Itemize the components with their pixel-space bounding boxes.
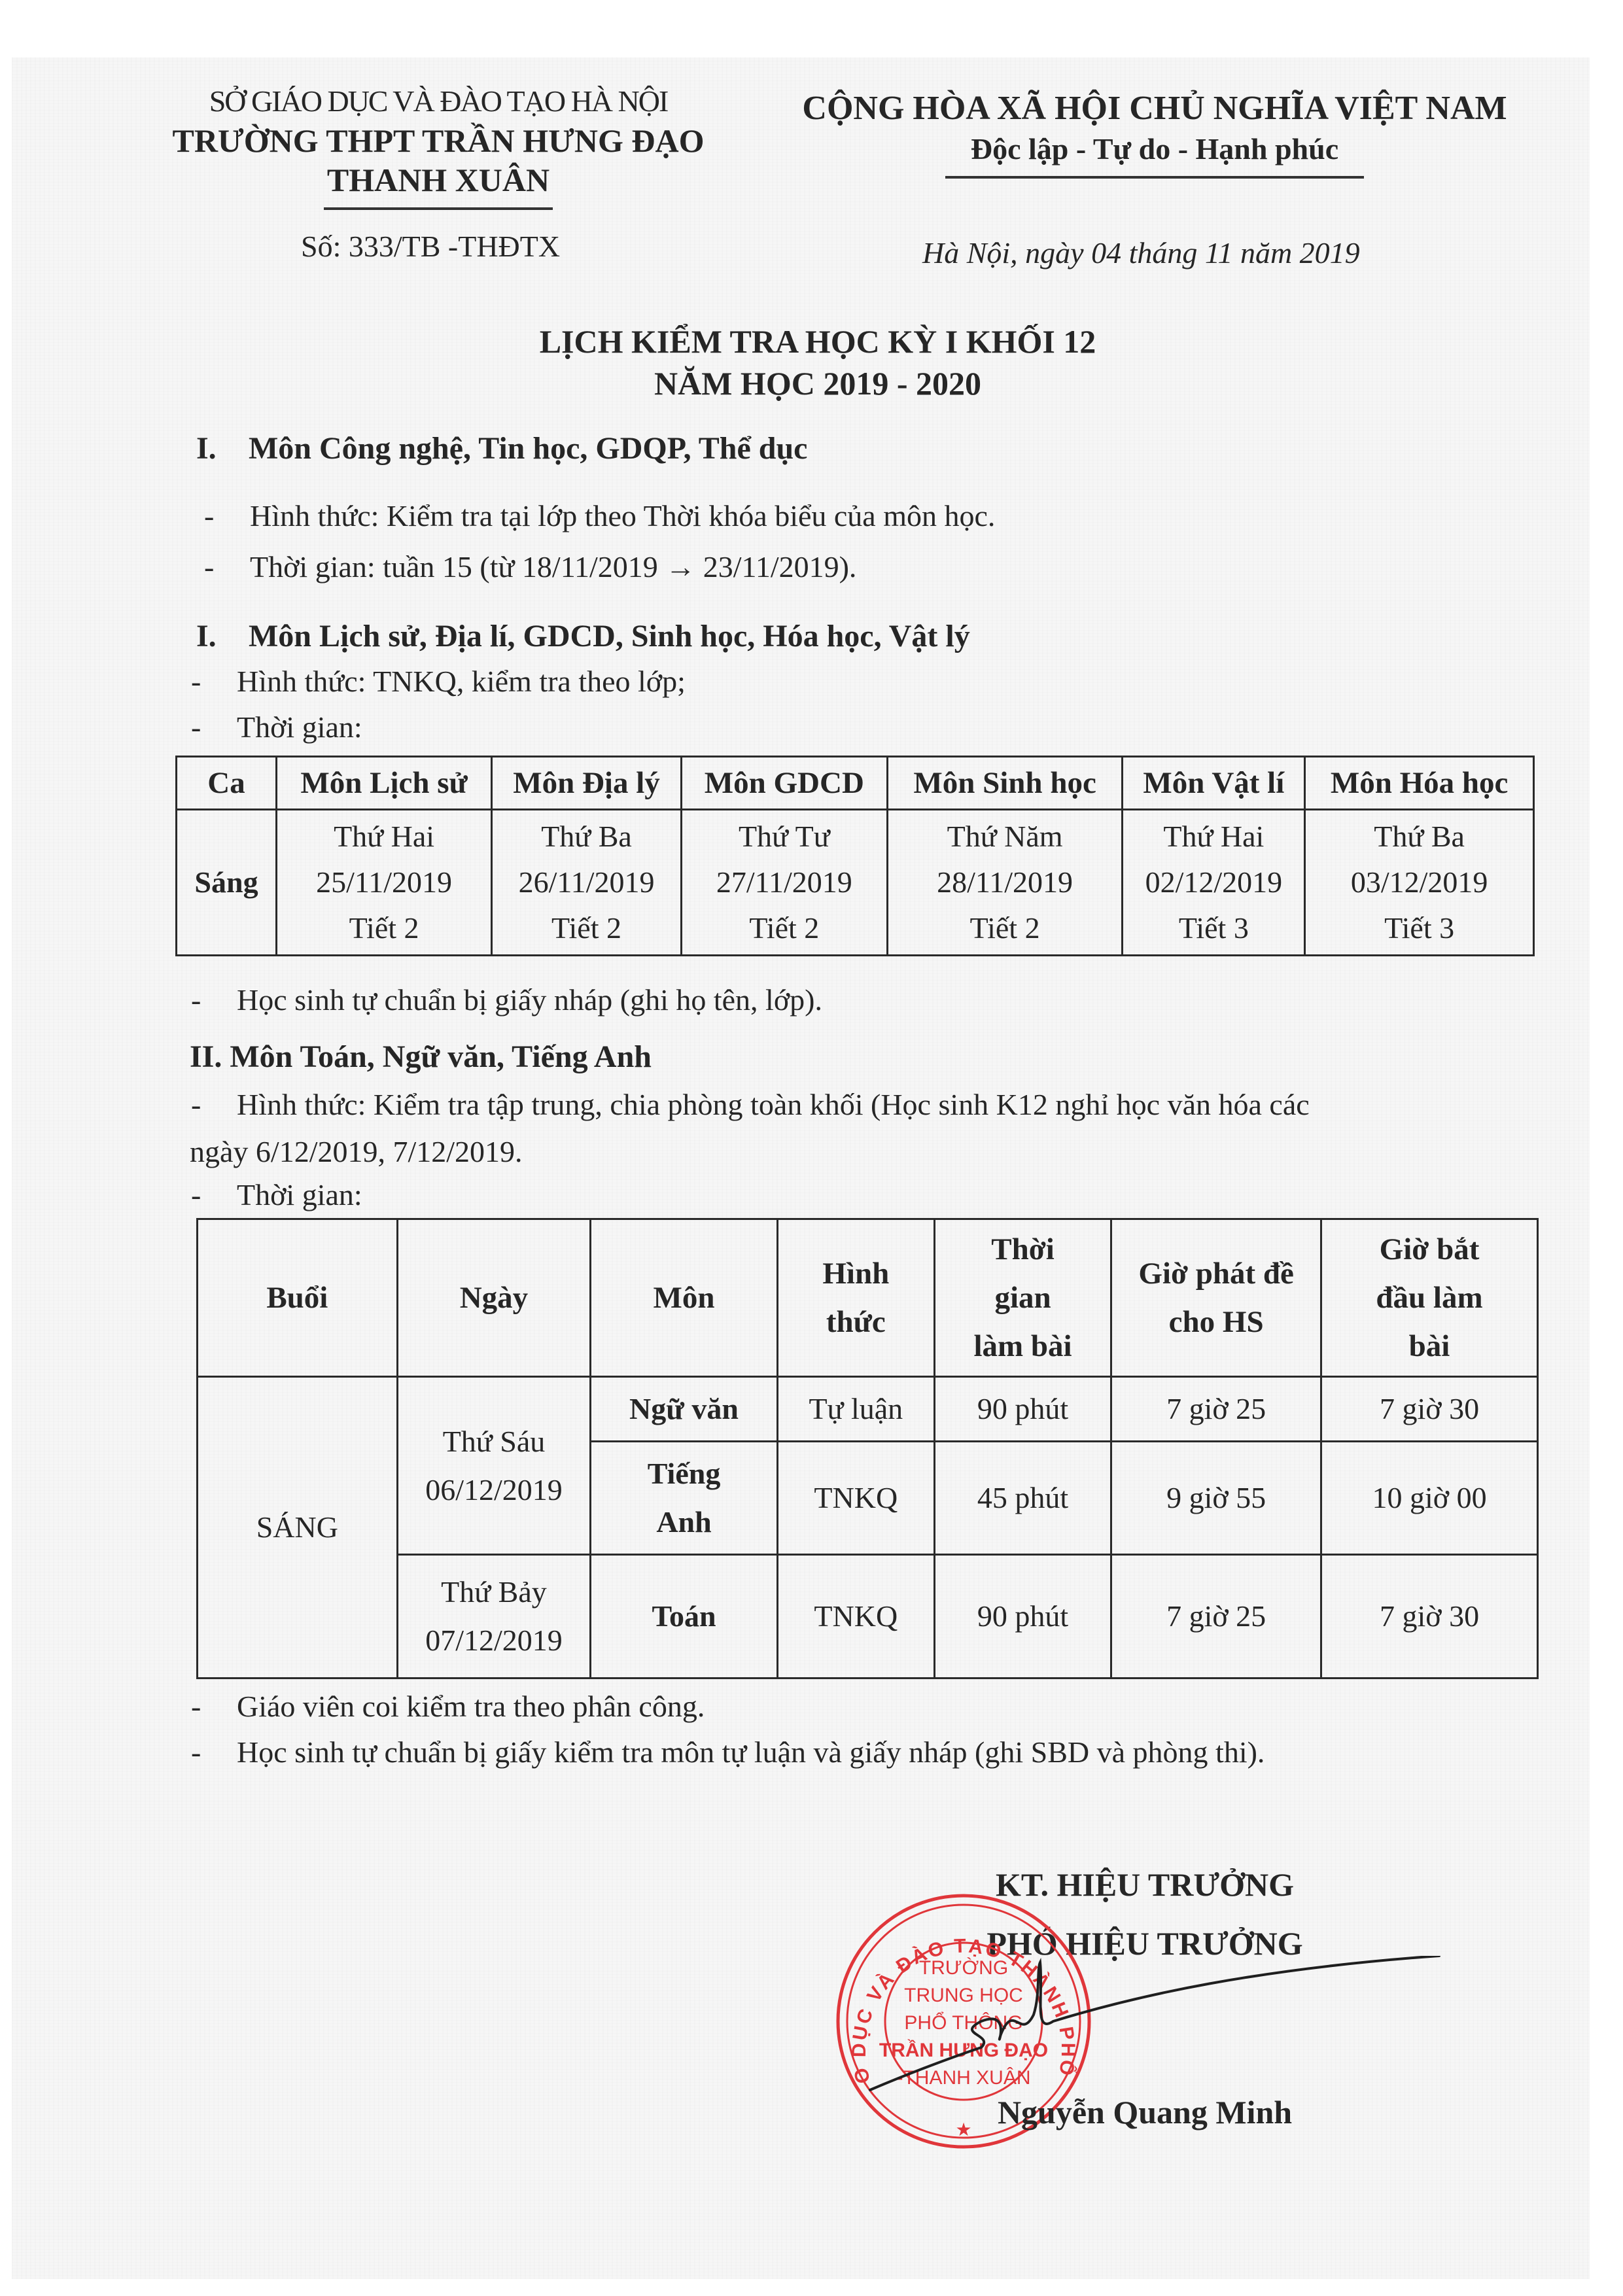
department-name: SỞ GIÁO DỤC VÀ ĐÀO TẠO HÀ NỘI (150, 82, 726, 121)
bullet-dash: - (191, 710, 237, 744)
header-subject: Môn Lịch sử (277, 757, 492, 810)
national-motto: Độc lập - Tự do - Hạnh phúc (785, 129, 1524, 169)
section-number: II. (190, 1039, 222, 1074)
bullet-dash: - (191, 1087, 237, 1122)
table-row: Thứ Bảy07/12/2019ToánTNKQ90 phút7 giờ 25… (198, 1555, 1538, 1679)
title-line-2: NĂM HỌC 2019 - 2020 (393, 362, 1243, 404)
date-cell: Thứ Bảy07/12/2019 (397, 1555, 591, 1679)
teacher-note: -Giáo viên coi kiểm tra theo phân công. (191, 1689, 705, 1724)
bullet-dash: - (191, 1735, 237, 1769)
section-3-form: -Hình thức: Kiểm tra tập trung, chia phò… (191, 1087, 1310, 1122)
shift-cell: Sáng (177, 810, 277, 956)
exam-slot-cell: Thứ Ba26/11/2019Tiết 2 (492, 810, 682, 956)
duration-cell: 90 phút (934, 1377, 1111, 1442)
table-header-row: CaMôn Lịch sửMôn Địa lýMôn GDCDMôn Sinh … (177, 757, 1534, 810)
header-shift: Ca (177, 757, 277, 810)
header-cell: Ngày (397, 1219, 591, 1377)
header-cell: Giờ phát đềcho HS (1111, 1219, 1321, 1377)
table-row: Sáng Thứ Hai25/11/2019Tiết 2Thứ Ba26/11/… (177, 810, 1534, 956)
handout-time-cell: 7 giờ 25 (1111, 1377, 1321, 1442)
issuer-underline (324, 207, 553, 210)
section-3-heading: II. Môn Toán, Ngữ văn, Tiếng Anh (190, 1039, 652, 1075)
bullet-text: Hình thức: Kiểm tra tại lớp theo Thời kh… (250, 499, 995, 532)
header-cell: Hìnhthức (777, 1219, 934, 1377)
title-line-1: LỊCH KIỂM TRA HỌC KỲ I KHỐI 12 (393, 321, 1243, 362)
header-cell: Thờigianlàm bài (934, 1219, 1111, 1377)
section-2-heading: I.Môn Lịch sử, Địa lí, GDCD, Sinh học, H… (196, 618, 970, 654)
bullet-text: Thời gian: tuần 15 (từ 18/11/2019 → 23/1… (250, 550, 856, 583)
duration-cell: 90 phút (934, 1555, 1111, 1679)
subject-cell: Ngữ văn (591, 1377, 778, 1442)
header-cell: Giờ bắtđầu làmbài (1321, 1219, 1538, 1377)
section-2-form: -Hình thức: TNKQ, kiểm tra theo lớp; (191, 664, 686, 699)
subject-cell: Toán (591, 1555, 778, 1679)
exam-slot-cell: Thứ Hai25/11/2019Tiết 2 (277, 810, 492, 956)
bullet-text: Thời gian: (237, 710, 362, 744)
schedule-table-1: CaMôn Lịch sửMôn Địa lýMôn GDCDMôn Sinh … (175, 756, 1535, 956)
date-cell: Thứ Sáu06/12/2019 (397, 1377, 591, 1555)
start-time-cell: 7 giờ 30 (1321, 1555, 1538, 1679)
bullet-dash: - (191, 983, 237, 1017)
exam-slot-cell: Thứ Tư27/11/2019Tiết 2 (681, 810, 887, 956)
exam-slot-cell: Thứ Năm28/11/2019Tiết 2 (887, 810, 1123, 956)
header-cell: Buổi (198, 1219, 398, 1377)
section-number: I. (196, 430, 249, 466)
header-subject: Môn GDCD (681, 757, 887, 810)
header-subject: Môn Sinh học (887, 757, 1123, 810)
table-row: SÁNGThứ Sáu06/12/2019Ngữ vănTự luận90 ph… (198, 1377, 1538, 1442)
schedule-table-2: BuổiNgàyMônHìnhthứcThờigianlàm bàiGiờ ph… (196, 1218, 1539, 1679)
bullet-dash: - (204, 498, 250, 533)
student-note: -Học sinh tự chuẩn bị giấy kiểm tra môn … (191, 1735, 1265, 1769)
start-time-cell: 10 giờ 00 (1321, 1442, 1538, 1555)
handout-time-cell: 9 giờ 55 (1111, 1442, 1321, 1555)
section-1-time: -Thời gian: tuần 15 (từ 18/11/2019 → 23/… (204, 549, 856, 584)
section-2-time: -Thời gian: (191, 710, 362, 744)
section-number: I. (196, 618, 249, 654)
handout-time-cell: 7 giờ 25 (1111, 1555, 1321, 1679)
header-subject: Môn Vật lí (1123, 757, 1305, 810)
section-2-note: -Học sinh tự chuẩn bị giấy nháp (ghi họ … (191, 983, 822, 1017)
section-title: Môn Công nghệ, Tin học, GDQP, Thể dục (249, 431, 807, 466)
duration-cell: 45 phút (934, 1442, 1111, 1555)
bullet-text: Thời gian: (237, 1178, 362, 1211)
bullet-text: Hình thức: TNKQ, kiểm tra theo lớp; (237, 665, 686, 698)
header-subject: Môn Hóa học (1305, 757, 1534, 810)
school-name: TRƯỜNG THPT TRẦN HƯNG ĐẠO (150, 121, 726, 160)
bullet-text: Học sinh tự chuẩn bị giấy nháp (ghi họ t… (237, 983, 822, 1017)
place-and-date: Hà Nội, ngày 04 tháng 11 năm 2019 (922, 235, 1360, 270)
form-cell: Tự luận (777, 1377, 934, 1442)
start-time-cell: 7 giờ 30 (1321, 1377, 1538, 1442)
bullet-dash: - (191, 664, 237, 699)
signer-name: Nguyễn Quang Minh (896, 2093, 1393, 2131)
bullet-dash: - (191, 1177, 237, 1212)
header-cell: Môn (591, 1219, 778, 1377)
document-title: LỊCH KIỂM TRA HỌC KỲ I KHỐI 12 NĂM HỌC 2… (393, 321, 1243, 404)
section-title: Môn Toán, Ngữ văn, Tiếng Anh (230, 1039, 652, 1074)
header-subject: Môn Địa lý (492, 757, 682, 810)
bullet-text: Hình thức: Kiểm tra tập trung, chia phòn… (237, 1088, 1310, 1121)
motto-underline (945, 176, 1364, 179)
bullet-text: Học sinh tự chuẩn bị giấy kiểm tra môn t… (237, 1735, 1265, 1769)
section-3-time: -Thời gian: (191, 1177, 362, 1212)
country-name: CỘNG HÒA XÃ HỘI CHỦ NGHĨA VIỆT NAM (785, 88, 1524, 129)
section-1-heading: I.Môn Công nghệ, Tin học, GDQP, Thể dục (196, 430, 807, 466)
document-number: Số: 333/TB -THĐTX (301, 229, 560, 264)
issuer-block: SỞ GIÁO DỤC VÀ ĐÀO TẠO HÀ NỘI TRƯỜNG THP… (150, 82, 726, 210)
bullet-dash: - (191, 1689, 237, 1724)
exam-slot-cell: Thứ Hai02/12/2019Tiết 3 (1123, 810, 1305, 956)
bullet-text: Giáo viên coi kiểm tra theo phân công. (237, 1690, 705, 1723)
section-title: Môn Lịch sử, Địa lí, GDCD, Sinh học, Hóa… (249, 619, 970, 653)
table-header-row: BuổiNgàyMônHìnhthứcThờigianlàm bàiGiờ ph… (198, 1219, 1538, 1377)
school-district: THANH XUÂN (150, 160, 726, 200)
session-cell: SÁNG (198, 1377, 398, 1679)
national-header: CỘNG HÒA XÃ HỘI CHỦ NGHĨA VIỆT NAM Độc l… (785, 88, 1524, 179)
form-cell: TNKQ (777, 1442, 934, 1555)
form-cell: TNKQ (777, 1555, 934, 1679)
section-3-form-continued: ngày 6/12/2019, 7/12/2019. (190, 1134, 523, 1169)
exam-slot-cell: Thứ Ba03/12/2019Tiết 3 (1305, 810, 1534, 956)
bullet-dash: - (204, 549, 250, 584)
section-1-form: -Hình thức: Kiểm tra tại lớp theo Thời k… (204, 498, 995, 533)
subject-cell: TiếngAnh (591, 1442, 778, 1555)
